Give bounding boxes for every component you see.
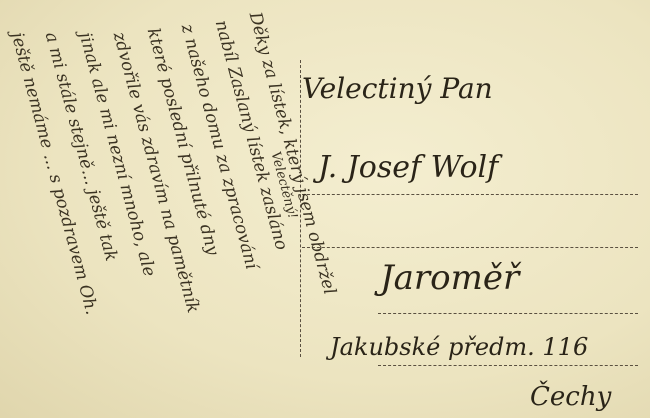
- postcard-back: Velectiný Pan J. Josef Wolf Jaroměř Jaku…: [0, 0, 650, 418]
- address-rule-2: [302, 247, 638, 248]
- address-rule-4: [378, 365, 638, 366]
- address-street: Jakubské předm. 116: [330, 333, 588, 361]
- address-name: J. Josef Wolf: [318, 150, 498, 185]
- address-rule-1: [302, 194, 638, 195]
- address-country: Čechy: [530, 382, 611, 412]
- address-salutation: Velectiný Pan: [302, 72, 493, 105]
- address-city: Jaroměř: [380, 258, 519, 298]
- address-rule-3: [378, 313, 638, 314]
